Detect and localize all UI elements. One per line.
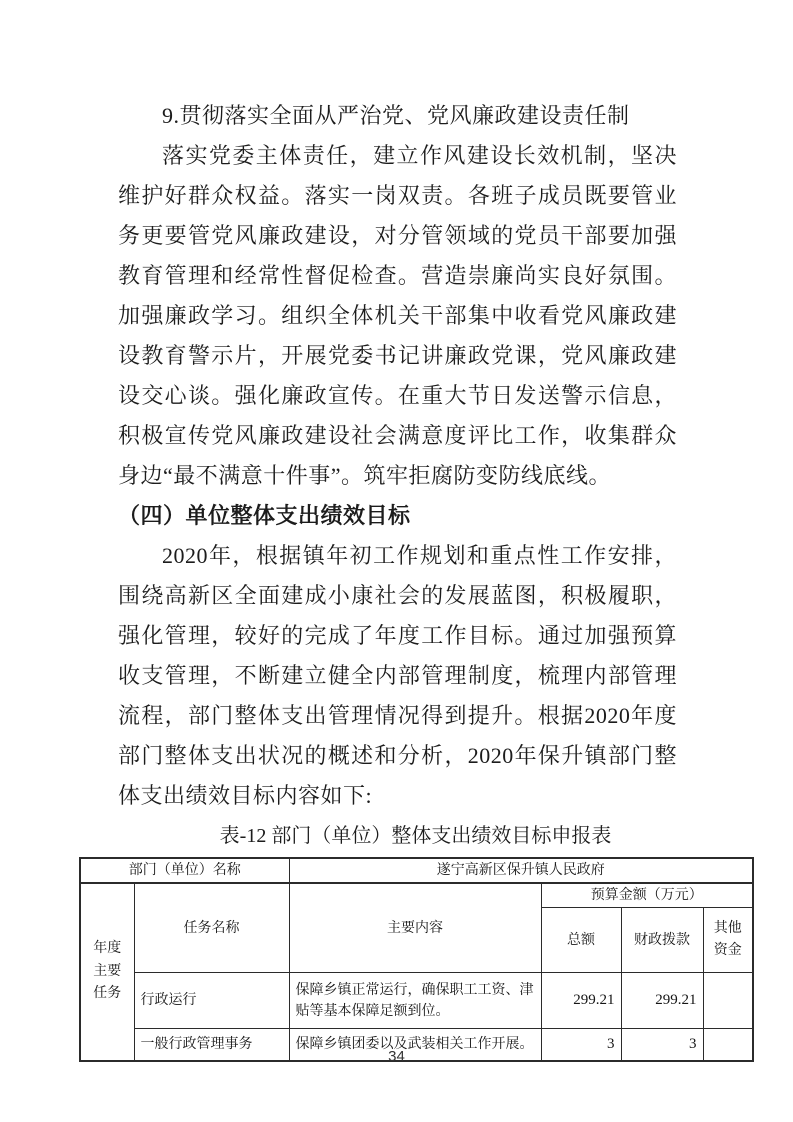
performance-target-table: 部门（单位）名称 遂宁高新区保升镇人民政府 年度主要任务 任务名称 主要内容 预…	[79, 857, 754, 1062]
total-amount-cell: 299.21	[541, 973, 621, 1029]
col-header-task-name: 任务名称	[134, 883, 289, 973]
task-name-cell: 行政运行	[134, 973, 289, 1029]
main-content-cell: 保障乡镇正常运行，确保职工工资、津贴等基本保障足额到位。	[289, 973, 541, 1029]
page-number: 34	[0, 1048, 793, 1065]
col-header-budget-group: 预算金额（万元）	[541, 883, 753, 908]
dept-name-label: 部门（单位）名称	[80, 858, 289, 883]
body-text: 9.贯彻落实全面从严治党、党风廉政建设责任制 落实党委主体责任，建立作风建设长效…	[118, 96, 677, 816]
annual-task-header-cell: 年度主要任务	[80, 883, 134, 1061]
other-funds-cell	[703, 973, 753, 1029]
col-header-main-content: 主要内容	[289, 883, 541, 973]
dept-name-value: 遂宁高新区保升镇人民政府	[289, 858, 753, 883]
col-header-fiscal: 财政拨款	[621, 908, 703, 973]
col-header-total: 总额	[541, 908, 621, 973]
section-heading-4: （四）单位整体支出绩效目标	[118, 496, 677, 536]
col-header-other-label: 其他资金	[714, 918, 742, 963]
fiscal-amount-cell: 299.21	[621, 973, 703, 1029]
table-row-dept: 部门（单位）名称 遂宁高新区保升镇人民政府	[80, 858, 753, 883]
table-title: 表-12 部门（单位）整体支出绩效目标申报表	[79, 816, 752, 856]
table-row-admin-operation: 行政运行 保障乡镇正常运行，确保职工工资、津贴等基本保障足额到位。 299.21…	[80, 973, 753, 1029]
section-heading-9: 9.贯彻落实全面从严治党、党风廉政建设责任制	[118, 96, 677, 136]
paragraph-party-discipline: 落实党委主体责任，建立作风建设长效机制，坚决维护好群众权益。落实一岗双责。各班子…	[118, 136, 677, 496]
table-row-header-budget: 年度主要任务 任务名称 主要内容 预算金额（万元）	[80, 883, 753, 908]
document-page: 9.贯彻落实全面从严治党、党风廉政建设责任制 落实党委主体责任，建立作风建设长效…	[0, 0, 793, 1122]
annual-task-label: 年度主要任务	[93, 938, 121, 1005]
paragraph-performance-targets: 2020年，根据镇年初工作规划和重点性工作安排，围绕高新区全面建成小康社会的发展…	[118, 536, 677, 816]
col-header-other: 其他资金	[703, 908, 753, 973]
